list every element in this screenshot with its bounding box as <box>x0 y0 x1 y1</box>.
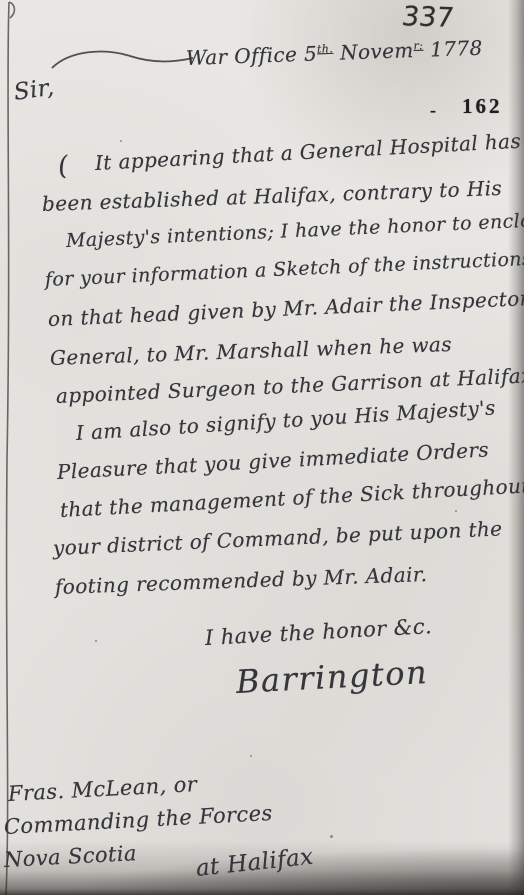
folio-dash: - <box>430 100 439 121</box>
heading: War Office 5th. Novemr: 1778 <box>186 36 483 70</box>
heading-text-mid: Novem <box>333 38 414 65</box>
paper-speck <box>455 510 457 512</box>
heading-flourish <box>50 48 195 76</box>
body-line: been established at Halifax, contrary to… <box>42 176 503 216</box>
body-line: for your information a Sketch of the ins… <box>45 248 524 291</box>
opening-paren-mark: ( <box>56 151 70 182</box>
folio-stamp: 162 <box>462 94 503 119</box>
signature: Barrington <box>235 653 429 701</box>
body-line: your district of Command, be put upon th… <box>52 516 502 560</box>
paper-speck <box>95 640 97 642</box>
body-line: Pleasure that you give immediate Orders <box>56 437 489 484</box>
body-line: that the management of the Sick througho… <box>59 473 524 522</box>
body-line: It appearing that a General Hospital has <box>94 129 521 175</box>
address-line: at Halifax <box>195 844 315 882</box>
address-line: Nova Scotia <box>3 841 137 872</box>
address-line: Fras. McLean, or <box>7 772 197 806</box>
body-line: General, to Mr. Marshall when he was <box>50 332 453 370</box>
body-line: on that head given by Mr. Adair the Insp… <box>47 286 524 331</box>
closing: I have the honor &c. <box>204 614 432 650</box>
pencil-number: 337 <box>400 1 456 34</box>
paper-speck <box>250 755 252 757</box>
body-line: Majesty's intentions; I have the honor t… <box>66 209 524 252</box>
salutation: Sir, <box>12 74 56 105</box>
paper-speck <box>330 835 333 838</box>
address-line: Commanding the Forces <box>3 801 273 839</box>
heading-text-year: 1778 <box>423 36 483 62</box>
heading-superscript-r: r: <box>413 39 423 52</box>
body-line: footing recommended by Mr. Adair. <box>55 562 428 599</box>
heading-superscript-th: th. <box>317 42 334 56</box>
fold-line <box>0 0 24 895</box>
heading-text-pre: War Office 5 <box>186 41 318 70</box>
paper-speck <box>120 140 122 142</box>
scanned-letter-page: 337 War Office 5th. Novemr: 1778 Sir, - … <box>0 0 524 895</box>
